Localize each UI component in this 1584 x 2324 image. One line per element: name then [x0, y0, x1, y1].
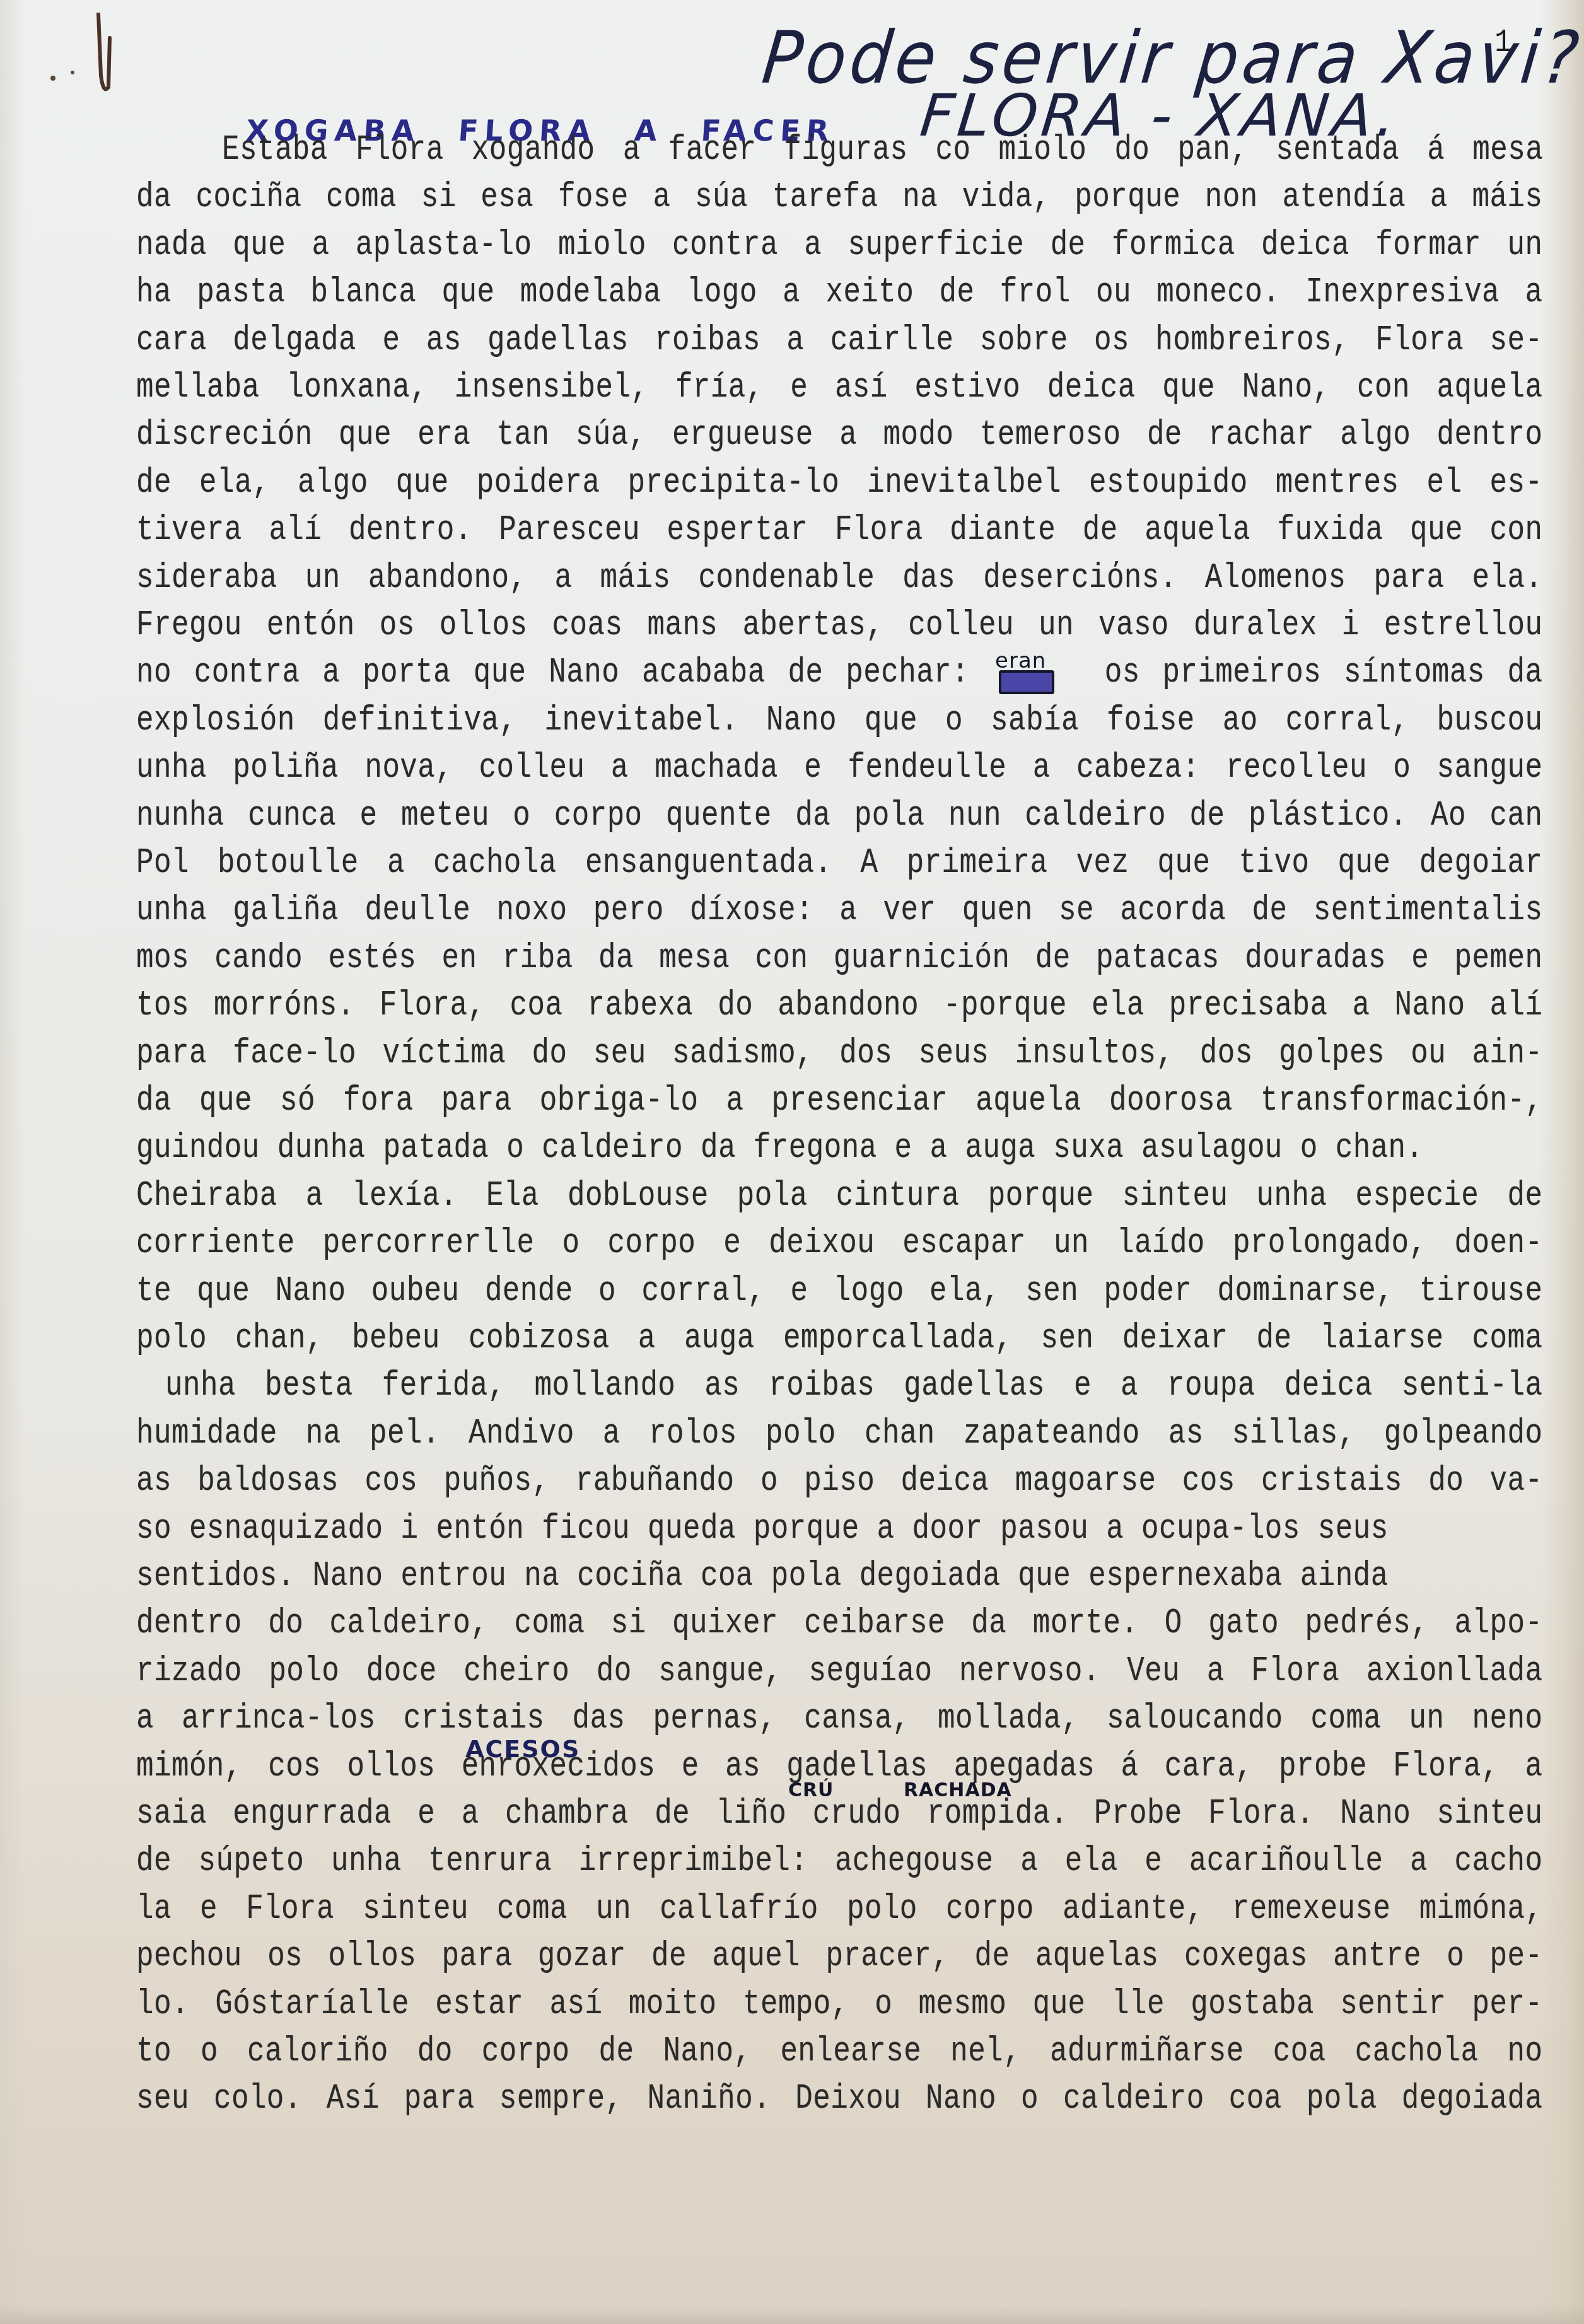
typed-line: de súpeto unha tenrura irreprimibel: ach…	[136, 1840, 1542, 1881]
margin-mark-icon	[95, 13, 114, 95]
ink-dot	[71, 71, 74, 74]
typed-line: unha poliña nova, colleu a machada e fen…	[136, 747, 1542, 787]
typed-line: a arrinca-los cristais das pernas, cansa…	[136, 1698, 1542, 1738]
ink-dot	[50, 76, 55, 81]
typed-line: Pol botoulle a cachola ensanguentada. A …	[136, 842, 1542, 883]
typed-line: to o caloriño do corpo de Nano, enlearse…	[136, 2031, 1542, 2071]
typed-line: mimón, cos ollos enroxecidos e as gadell…	[136, 1746, 1542, 1786]
annotation-cru: CRÚ	[788, 1779, 834, 1801]
typed-line: sideraba un abandono, a máis condenable …	[136, 557, 1542, 598]
typed-line: mos cando estés en riba da mesa con guar…	[136, 938, 1542, 978]
typed-line: dentro do caldeiro, coma si quixer ceiba…	[136, 1603, 1542, 1643]
typed-line: da que só fora para obriga-lo a presenci…	[136, 1080, 1542, 1120]
typed-line: seu colo. Así para sempre, Naniño. Deixo…	[136, 2078, 1542, 2118]
annotation-eran: eran	[995, 648, 1046, 673]
typed-line: so esnaquizado i entón ficou queda porqu…	[136, 1508, 1542, 1548]
typed-line: corriente percorrerlle o corpo e deixou …	[136, 1223, 1542, 1263]
typed-line: Estaba Flora xogando a facer figuras co …	[222, 129, 1543, 170]
typed-line: unha galiña deulle noxo pero díxose: a v…	[136, 890, 1542, 930]
highlight-mark	[999, 670, 1054, 694]
typed-line: Cheiraba a lexía. Ela dobLouse pola cint…	[136, 1175, 1542, 1216]
annotation-acesos: ACESOS	[465, 1735, 580, 1763]
typed-line: tos morróns. Flora, coa rabexa do abando…	[136, 985, 1542, 1025]
typed-line: ha pasta blanca que modelaba logo a xeit…	[136, 272, 1542, 312]
typed-line: rizado polo doce cheiro do sangue, seguí…	[136, 1651, 1542, 1691]
typed-line: nunha cunca e meteu o corpo quente da po…	[136, 795, 1542, 835]
annotation-rachada: RACHADA	[904, 1779, 1012, 1801]
typed-line: no contra a porta que Nano acababa de pe…	[136, 652, 1542, 692]
typed-line: de ela, algo que poidera precipita-lo in…	[136, 462, 1542, 503]
typed-line: cara delgada e as gadellas roibas a cair…	[136, 320, 1542, 360]
typed-line: da cociña coma si esa fose a súa tarefa …	[136, 177, 1542, 217]
typed-line: discreción que era tan súa, ergueuse a m…	[136, 414, 1542, 455]
paper-right-edge	[1540, 0, 1584, 2324]
typed-line: sentidos. Nano entrou na cociña coa pola…	[136, 1555, 1542, 1596]
typed-line: tivera alí dentro. Paresceu espertar Flo…	[136, 509, 1542, 550]
typed-line: lo. Góstaríalle estar así moito tempo, o…	[136, 1984, 1542, 2024]
typed-line: nada que a aplasta-lo miolo contra a sup…	[136, 224, 1542, 265]
typed-line: te que Nano oubeu dende o corral, e logo…	[136, 1270, 1542, 1311]
typed-line: guindou dunha patada o caldeiro da frego…	[136, 1127, 1542, 1168]
typed-line: explosión definitiva, inevitabel. Nano q…	[136, 700, 1542, 740]
typed-line: Fregou entón os ollos coas mans abertas,…	[136, 605, 1542, 645]
typed-line: para face-lo víctima do seu sadismo, dos…	[136, 1033, 1542, 1073]
paper-left-edge	[0, 0, 25, 2324]
typed-line: unha besta ferida, mollando as roibas ga…	[136, 1365, 1542, 1405]
typed-line: mellaba lonxana, insensibel, fría, e así…	[136, 367, 1542, 407]
typed-line: la e Flora sinteu coma un callafrío polo…	[136, 1888, 1542, 1929]
typed-line: saia engurrada e a chambra de liño crudo…	[136, 1793, 1542, 1833]
paper-bottom-edge	[0, 2305, 1584, 2324]
typed-line: pechou os ollos para gozar de aquel prac…	[136, 1936, 1542, 1976]
typed-line: polo chan, bebeu cobizosa a auga emporca…	[136, 1318, 1542, 1358]
typed-line: humidade na pel. Andivo a rolos polo cha…	[136, 1413, 1542, 1453]
typed-line: as baldosas cos puños, rabuñando o piso …	[136, 1460, 1542, 1501]
